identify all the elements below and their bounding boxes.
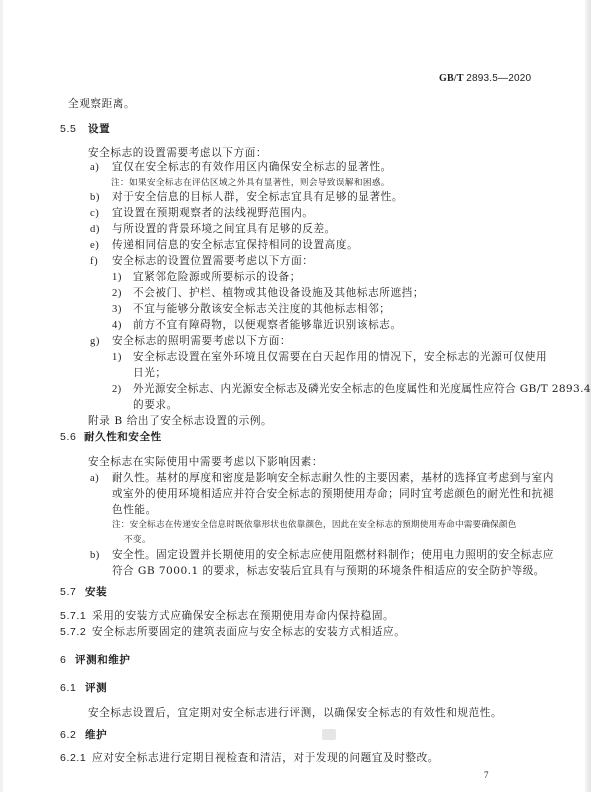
list-item-d: d)与所设置的背景环境之间宜具有足够的反差。 bbox=[90, 222, 336, 237]
list-item-a-cont: 色性能。 bbox=[112, 503, 157, 517]
item-label: a) bbox=[90, 161, 112, 175]
sub-item-g2-cont: 的要求。 bbox=[133, 398, 178, 412]
item-text: 宜仅在安全标志的有效作用区内确保安全标志的显著性。 bbox=[112, 161, 392, 173]
section-number: 5.6 bbox=[60, 430, 84, 444]
section-heading-5-7: 5.7安装 bbox=[60, 585, 107, 599]
section-heading-6-1: 6.1评测 bbox=[60, 681, 107, 695]
clause-number: 6.2.1 bbox=[60, 751, 92, 765]
section-title: 评测 bbox=[85, 682, 107, 694]
sub-item-text: 前方不宜有障碍物，以便观察者能够靠近识别该标志。 bbox=[133, 319, 402, 331]
page-number: 7 bbox=[484, 770, 489, 780]
sub-item-text: 宜紧邻危险源或所要标示的设备； bbox=[133, 271, 301, 283]
section-heading-5-6: 5.6耐久性和安全性 bbox=[60, 430, 162, 444]
item-text: 耐久性。基材的厚度和密度是影响安全标志耐久性的主要因素，基材的选择宜考虑到与室内 bbox=[112, 472, 554, 484]
sub-item-text: 安全标志设置在室外环境且仅需要在白天起作用的情况下，安全标志的光源可仅使用 bbox=[133, 351, 547, 363]
clause-5-7-1: 5.7.1采用的安装方式应确保安全标志在预期使用寿命内保持稳固。 bbox=[60, 609, 394, 623]
sub-item-f2: 2)不会被门、护栏、植物或其他设备设施及其他标志所遮挡； bbox=[112, 286, 424, 301]
item-label: d) bbox=[90, 223, 112, 237]
sub-item-text: 不会被门、护栏、植物或其他设备设施及其他标志所遮挡； bbox=[133, 287, 424, 299]
section-heading-6-2: 6.2维护 bbox=[60, 728, 107, 742]
list-item-b: b)安全性。固定设置并长期使用的安全标志应使用阻燃材料制作；使用电力照明的安全标… bbox=[90, 548, 554, 563]
section-number: 5.5 bbox=[60, 122, 88, 136]
note-cont: 不变。 bbox=[124, 533, 151, 547]
item-label: g) bbox=[90, 335, 112, 349]
section-heading-5-5: 5.5设置 bbox=[60, 122, 110, 136]
sub-item-label: 3) bbox=[112, 303, 133, 317]
sub-item-label: 4) bbox=[112, 319, 133, 333]
item-text: 安全性。固定设置并长期使用的安全标志应使用阻燃材料制作；使用电力照明的安全标志应 bbox=[112, 549, 554, 561]
section-title: 安装 bbox=[85, 586, 107, 598]
item-label: e) bbox=[90, 239, 112, 253]
item-text: 与所设置的背景环境之间宜具有足够的反差。 bbox=[112, 223, 336, 235]
clause-6-2-1: 6.2.1应对安全标志进行定期目视检查和清洁，对于发现的问题宜及时整改。 bbox=[60, 751, 439, 765]
sub-item-label: 1) bbox=[112, 351, 133, 365]
note: 注：安全标志在传递安全信息时既依靠形状也依靠颜色，因此在安全标志的预期使用寿命中… bbox=[112, 518, 517, 532]
section-intro: 安全标志的设置需要考虑以下方面： bbox=[88, 146, 267, 160]
scan-artifact bbox=[322, 729, 336, 740]
section-title: 设置 bbox=[88, 123, 110, 135]
item-label: a) bbox=[90, 472, 112, 486]
list-item-f: f)安全标志的设置位置需要考虑以下方面： bbox=[90, 254, 314, 269]
list-item-a: a)耐久性。基材的厚度和密度是影响安全标志耐久性的主要因素，基材的选择宜考虑到与… bbox=[90, 471, 554, 486]
clause-number: 5.7.2 bbox=[60, 625, 92, 639]
item-text: 宜设置在预期观察者的法线视野范围内。 bbox=[112, 207, 314, 219]
sub-item-f3: 3)不宜与能够分散该安全标志关注度的其他标志相邻； bbox=[112, 302, 390, 317]
item-text: 安全标志的照明需要考虑以下方面： bbox=[112, 335, 291, 347]
appendix-reference: 附录 B 给出了安全标志设置的示例。 bbox=[88, 414, 272, 428]
sub-item-g2: 2)外光源安全标志、内光源安全标志及磷光安全标志的色度属性和光度属性应符合 GB… bbox=[112, 382, 591, 397]
item-text: 传递相同信息的安全标志宜保持相同的设置高度。 bbox=[112, 239, 358, 251]
section-intro: 安全标志在实际使用中需要考虑以下影响因素： bbox=[88, 455, 323, 469]
clause-text: 安全标志所要固定的建筑表面应与安全标志的安装方式相适应。 bbox=[92, 626, 405, 638]
section-number: 6.2 bbox=[60, 728, 85, 742]
sub-item-text: 外光源安全标志、内光源安全标志及磷光安全标志的色度属性和光度属性应符合 GB/T… bbox=[133, 383, 591, 395]
list-item-b-cont: 符合 GB 7000.1 的要求，标志安装后宜具有与预期的环境条件相适应的安全防… bbox=[112, 564, 545, 578]
item-text: 安全标志的设置位置需要考虑以下方面： bbox=[112, 255, 314, 267]
standard-number: 2893.5—2020 bbox=[466, 73, 531, 84]
sub-item-label: 2) bbox=[112, 383, 133, 397]
clause-number: 5.7.1 bbox=[60, 609, 92, 623]
item-label: b) bbox=[90, 191, 112, 205]
note: 注：如果安全标志在评估区域之外具有显著性，则会导致误解和困惑。 bbox=[111, 176, 390, 190]
section-text: 安全标志设置后，宜定期对安全标志进行评测，以确保安全标志的有效性和规范性。 bbox=[88, 706, 502, 720]
item-label: f) bbox=[90, 255, 112, 269]
section-number: 5.7 bbox=[60, 585, 85, 599]
item-label: b) bbox=[90, 549, 112, 563]
item-label: c) bbox=[90, 207, 112, 221]
section-title: 耐久性和安全性 bbox=[84, 431, 162, 443]
chapter-number: 6 bbox=[60, 653, 75, 667]
list-item-a-cont: 或室外的使用环境相适应并符合安全标志的预期使用寿命；同时宜考虑颜色的耐光性和抗褪 bbox=[112, 487, 554, 501]
sub-item-g1-cont: 日光； bbox=[133, 366, 167, 380]
chapter-title: 评测和维护 bbox=[75, 654, 131, 666]
continuation-text: 全观察距离。 bbox=[68, 97, 135, 111]
sub-item-text: 不宜与能够分散该安全标志关注度的其他标志相邻； bbox=[133, 303, 390, 315]
sub-item-label: 1) bbox=[112, 271, 133, 285]
standard-code: GB/T 2893.5—2020 bbox=[439, 73, 531, 84]
list-item-a: a)宜仅在安全标志的有效作用区内确保安全标志的显著性。 bbox=[90, 160, 392, 175]
sub-item-f4: 4)前方不宜有障碍物，以便观察者能够靠近识别该标志。 bbox=[112, 318, 402, 333]
chapter-heading-6: 6评测和维护 bbox=[60, 653, 131, 667]
clause-5-7-2: 5.7.2安全标志所要固定的建筑表面应与安全标志的安装方式相适应。 bbox=[60, 625, 405, 639]
sub-item-label: 2) bbox=[112, 287, 133, 301]
page-edge bbox=[0, 0, 3, 792]
sub-item-g1: 1)安全标志设置在室外环境且仅需要在白天起作用的情况下，安全标志的光源可仅使用 bbox=[112, 350, 547, 365]
section-number: 6.1 bbox=[60, 681, 85, 695]
list-item-e: e)传递相同信息的安全标志宜保持相同的设置高度。 bbox=[90, 238, 358, 253]
item-text: 对于安全信息的目标人群，安全标志宜具有足够的显著性。 bbox=[112, 191, 403, 203]
standard-prefix: GB/T bbox=[439, 73, 464, 84]
clause-text: 采用的安装方式应确保安全标志在预期使用寿命内保持稳固。 bbox=[92, 610, 394, 622]
clause-text: 应对安全标志进行定期目视检查和清洁，对于发现的问题宜及时整改。 bbox=[92, 752, 439, 764]
list-item-b: b)对于安全信息的目标人群，安全标志宜具有足够的显著性。 bbox=[90, 190, 403, 205]
section-title: 维护 bbox=[85, 729, 107, 741]
list-item-c: c)宜设置在预期观察者的法线视野范围内。 bbox=[90, 206, 314, 221]
sub-item-f1: 1)宜紧邻危险源或所要标示的设备； bbox=[112, 270, 301, 285]
list-item-g: g)安全标志的照明需要考虑以下方面： bbox=[90, 334, 291, 349]
